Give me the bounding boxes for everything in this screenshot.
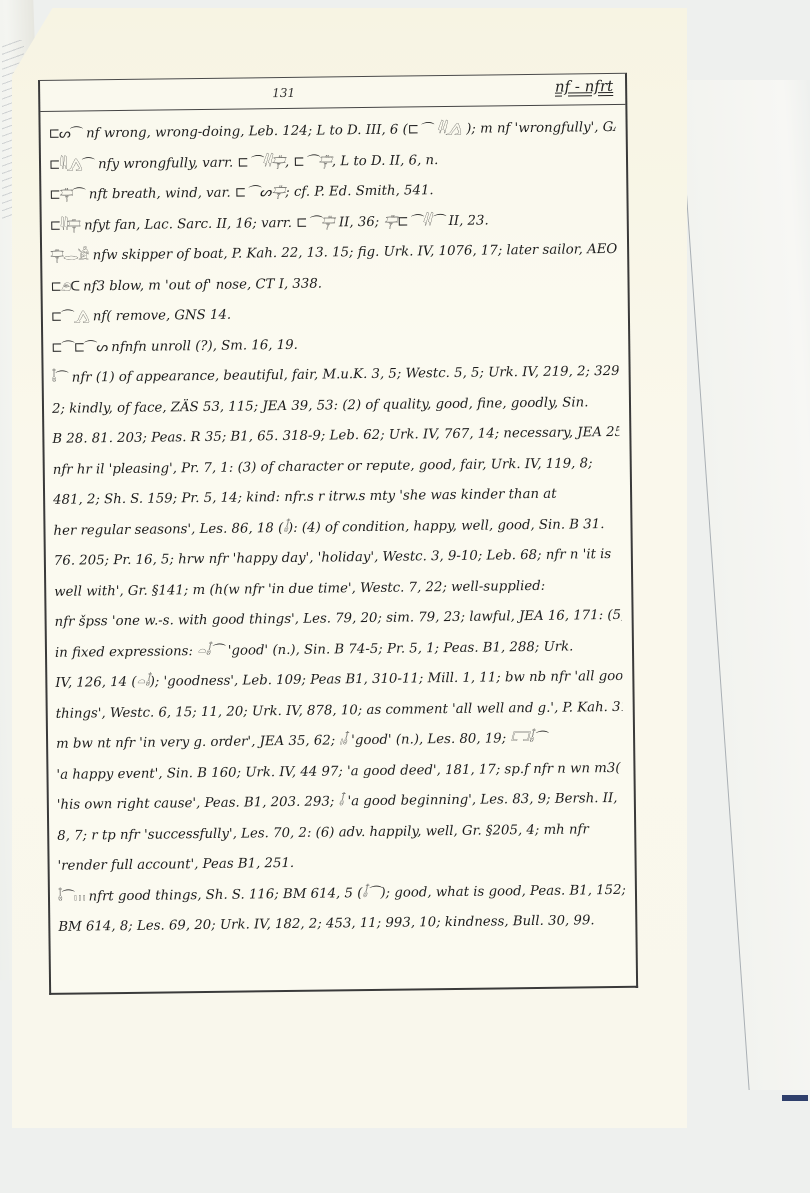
hieroglyph-icon: ⊏⌒𓂻 <box>51 309 89 324</box>
hieroglyph-icon: ⊏𓊡⌒ <box>49 187 85 202</box>
entry-text: nfyt fan, Lac. Sarc. II, 16; varr. ⊏⌒𓊡 I… <box>84 213 489 233</box>
book-cover-edge <box>678 80 810 1090</box>
entry-text: nfw skipper of boat, P. Kah. 22, 13. 15;… <box>93 241 618 263</box>
dictionary-entry-nfrt: 𓄤⌒𓏥nfrt good things, Sh. S. 116; BM 614,… <box>58 875 626 943</box>
entry-text: nfy wrongfully, varr. ⊏⌒𓇋𓇋𓊡, ⊏⌒𓊡, L to D… <box>98 153 438 172</box>
hieroglyph-icon: ⊏ᔕ⌒ <box>49 126 83 141</box>
entry-text: nf( remove, GNS 14. <box>93 308 231 325</box>
entry-text: BM 614, 8; Les. 69, 20; Urk. IV, 182, 2;… <box>58 906 625 943</box>
hieroglyph-icon: 𓊡𓂋𓀀 <box>50 248 89 263</box>
hieroglyph-icon: ⊏𓂉ᑕ <box>50 279 79 294</box>
page-number: 131 <box>272 86 295 100</box>
entry-text: nft breath, wind, var. ⊏⌒ᔕ𓊡; cf. P. Ed. … <box>89 183 434 202</box>
entry-text: nfrt good things, Sh. S. 116; BM 614, 5 … <box>88 882 625 904</box>
entry-text: nf wrong, wrong-doing, Leb. 124; L to D.… <box>86 119 616 141</box>
book-cover-strip <box>782 1095 808 1101</box>
hieroglyph-icon: ⊏𓇋𓇋𓊡 <box>50 218 80 233</box>
hieroglyph-icon: ⊏⌒⊏⌒ᔕ <box>51 340 107 356</box>
entry-text: nfr (1) of appearance, beautiful, fair, … <box>72 364 619 386</box>
hieroglyph-icon: 𓄤⌒ <box>52 371 68 386</box>
running-head: nf - nfrt <box>555 77 613 96</box>
dictionary-entries: ⊏ᔕ⌒nf wrong, wrong-doing, Leb. 124; L to… <box>40 105 635 944</box>
entry-text: nf3 blow, m 'out of' nose, CT I, 338. <box>83 276 322 294</box>
dictionary-page-frame: 131 nf - nfrt ⊏ᔕ⌒nf wrong, wrong-doing, … <box>38 73 638 995</box>
hieroglyph-icon: ⊏𓇋𓇋𓂻⌒ <box>49 157 94 173</box>
entry-text: nfnfn unroll (?), Sm. 16, 19. <box>111 337 298 354</box>
dictionary-entry-nfr: 𓄤⌒nfr (1) of appearance, beautiful, fair… <box>51 357 624 882</box>
hieroglyph-icon: 𓄤⌒𓏥 <box>58 889 85 904</box>
